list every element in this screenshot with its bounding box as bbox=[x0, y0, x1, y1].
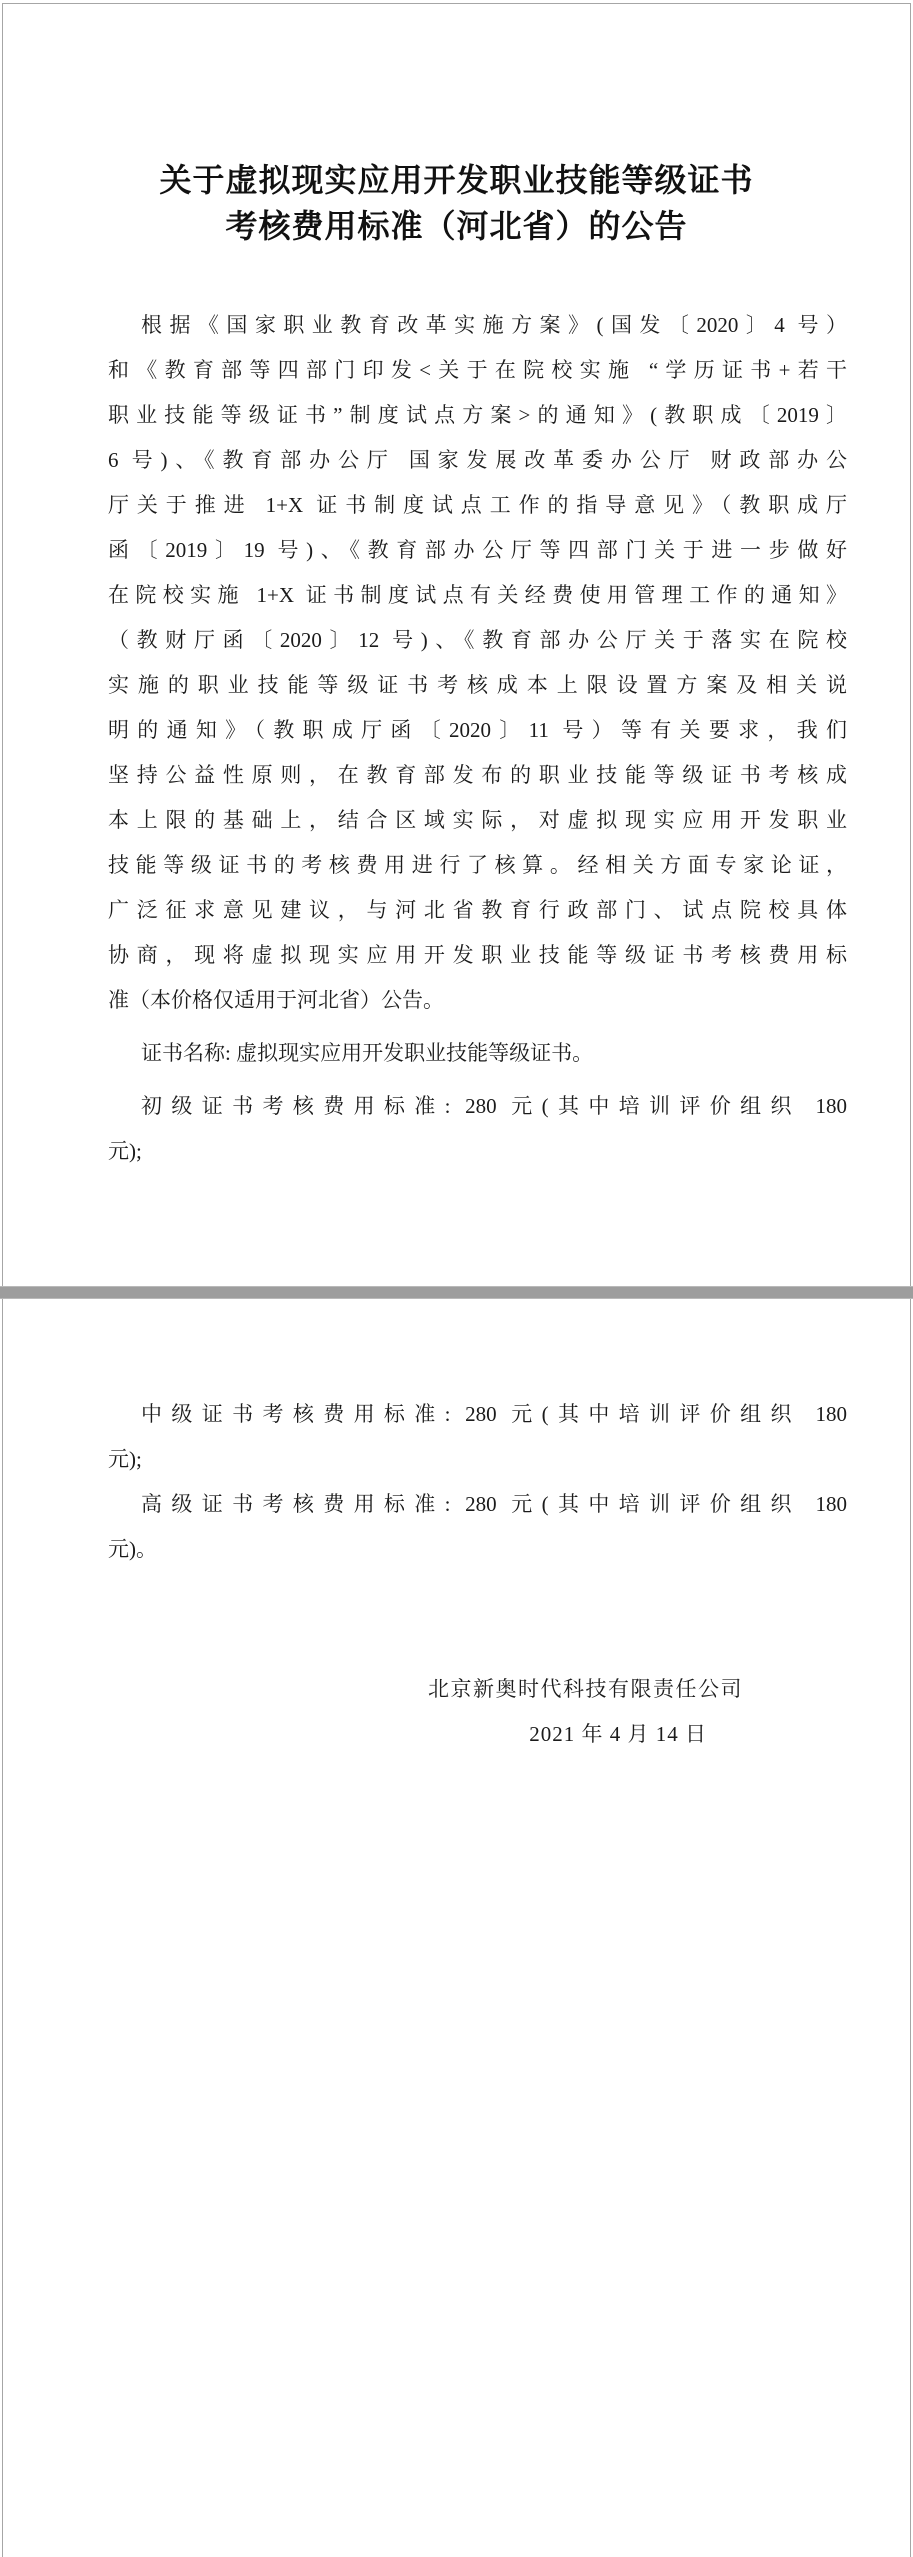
text-line: 证书名称: 虚拟现实应用开发职业技能等级证书。 bbox=[108, 1031, 847, 1076]
page-divider bbox=[0, 1286, 913, 1299]
text-line: （教财厅函〔2020〕12 号)、《教育部办公厅关于落实在院校 bbox=[108, 618, 847, 663]
text-line: 初级证书考核费用标准: 280 元(其中培训评价组织 180 bbox=[108, 1084, 847, 1129]
text-line: 和《教育部等四部门印发<关于在院校实施 “学历证书+若干 bbox=[108, 348, 847, 393]
paragraph: 高级证书考核费用标准: 280 元(其中培训评价组织 180元)。 bbox=[108, 1482, 847, 1572]
paragraph: 证书名称: 虚拟现实应用开发职业技能等级证书。 bbox=[108, 1031, 847, 1076]
text-line: 厅关于推进 1+X 证书制度试点工作的指导意见》（教职成厅 bbox=[108, 483, 847, 528]
page-2-paragraphs: 中级证书考核费用标准: 280 元(其中培训评价组织 180元);高级证书考核费… bbox=[108, 1392, 847, 1572]
text-line: 根据《国家职业教育改革实施方案》(国发〔2020〕4 号） bbox=[108, 303, 847, 348]
page-2-body: 中级证书考核费用标准: 280 元(其中培训评价组织 180元);高级证书考核费… bbox=[3, 1299, 910, 1757]
text-line: 元); bbox=[108, 1437, 847, 1482]
signature-company: 北京新奥时代科技有限责任公司 bbox=[108, 1667, 847, 1712]
text-line: 技能等级证书的考核费用进行了核算。经相关方面专家论证， bbox=[108, 843, 847, 888]
page-1-body: 根据《国家职业教育改革实施方案》(国发〔2020〕4 号）和《教育部等四部门印发… bbox=[3, 249, 910, 1174]
text-line: 高级证书考核费用标准: 280 元(其中培训评价组织 180 bbox=[108, 1482, 847, 1527]
signature-date: 2021 年 4 月 14 日 bbox=[108, 1712, 847, 1757]
text-line: 明的通知》（教职成厅函〔2020〕11 号）等有关要求，我们 bbox=[108, 708, 847, 753]
text-line: 元)。 bbox=[108, 1527, 847, 1572]
text-line: 准（本价格仅适用于河北省）公告。 bbox=[108, 978, 847, 1023]
text-line: 中级证书考核费用标准: 280 元(其中培训评价组织 180 bbox=[108, 1392, 847, 1437]
text-line: 6 号)、《教育部办公厅 国家发展改革委办公厅 财政部办公 bbox=[108, 438, 847, 483]
text-line: 广泛征求意见建议，与河北省教育行政部门、试点院校具体 bbox=[108, 888, 847, 933]
text-line: 在院校实施 1+X 证书制度试点有关经费使用管理工作的通知》 bbox=[108, 573, 847, 618]
document-page-2: 中级证书考核费用标准: 280 元(其中培训评价组织 180元);高级证书考核费… bbox=[2, 1299, 911, 2557]
text-line: 实施的职业技能等级证书考核成本上限设置方案及相关说 bbox=[108, 663, 847, 708]
text-line: 协商，现将虚拟现实应用开发职业技能等级证书考核费用标 bbox=[108, 933, 847, 978]
signature-block: 北京新奥时代科技有限责任公司 2021 年 4 月 14 日 bbox=[108, 1667, 847, 1757]
text-line: 元); bbox=[108, 1129, 847, 1174]
document-title: 关于虚拟现实应用开发职业技能等级证书 考核费用标准（河北省）的公告 bbox=[3, 4, 910, 249]
paragraph: 中级证书考核费用标准: 280 元(其中培训评价组织 180元); bbox=[108, 1392, 847, 1482]
document-title-line-1: 关于虚拟现实应用开发职业技能等级证书 bbox=[3, 157, 910, 203]
document-title-line-2: 考核费用标准（河北省）的公告 bbox=[3, 203, 910, 249]
document-page-1: 关于虚拟现实应用开发职业技能等级证书 考核费用标准（河北省）的公告 根据《国家职… bbox=[2, 3, 911, 1286]
paragraph: 根据《国家职业教育改革实施方案》(国发〔2020〕4 号）和《教育部等四部门印发… bbox=[108, 303, 847, 1023]
paragraph: 初级证书考核费用标准: 280 元(其中培训评价组织 180元); bbox=[108, 1084, 847, 1174]
text-line: 坚持公益性原则，在教育部发布的职业技能等级证书考核成 bbox=[108, 753, 847, 798]
text-line: 函〔2019〕19 号)、《教育部办公厅等四部门关于进一步做好 bbox=[108, 528, 847, 573]
document-viewer: 关于虚拟现实应用开发职业技能等级证书 考核费用标准（河北省）的公告 根据《国家职… bbox=[0, 0, 913, 2557]
text-line: 职业技能等级证书”制度试点方案>的通知》(教职成〔2019〕 bbox=[108, 393, 847, 438]
text-line: 本上限的基础上，结合区域实际，对虚拟现实应用开发职业 bbox=[108, 798, 847, 843]
